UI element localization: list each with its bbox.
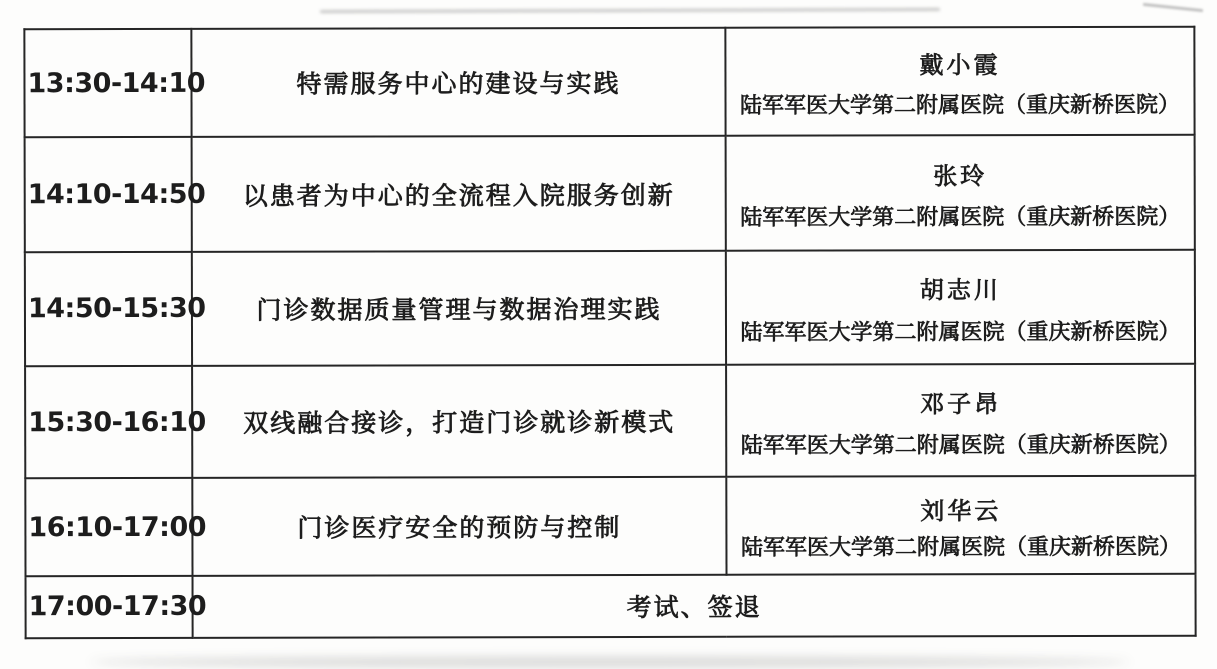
speaker-stack: 胡志川 陆军军医大学第二附属医院（重庆新桥医院） xyxy=(727,260,1194,355)
speaker-cell: 张玲 陆军军医大学第二附属医院（重庆新桥医院） xyxy=(726,135,1195,250)
closing-row: 17:00-17:30 考试、签退 xyxy=(26,574,1196,639)
speaker-affiliation: 陆军军医大学第二附属医院（重庆新桥医院） xyxy=(741,427,1181,459)
time-cell: 14:10-14:50 xyxy=(25,137,192,252)
speaker-stack: 邓子昂 陆军军医大学第二附属医院（重庆新桥医院） xyxy=(727,375,1194,468)
scan-artifact-streak xyxy=(320,8,940,13)
speaker-affiliation: 陆军军医大学第二附属医院（重庆新桥医院） xyxy=(740,314,1180,346)
speaker-cell: 邓子昂 陆军军医大学第二附属医院（重庆新桥医院） xyxy=(726,364,1195,477)
scan-artifact-mark xyxy=(1143,3,1203,12)
session-row: 16:10-17:00 门诊医疗安全的预防与控制 刘华云 陆军军医大学第二附属医… xyxy=(25,476,1195,576)
speaker-name: 邓子昂 xyxy=(920,384,1001,419)
scanned-page: 13:30-14:10 特需服务中心的建设与实践 戴小霞 陆军军医大学第二附属医… xyxy=(0,0,1217,669)
speaker-cell: 胡志川 陆军军医大学第二附属医院（重庆新桥医院） xyxy=(726,249,1195,364)
speaker-name: 戴小霞 xyxy=(919,46,1000,81)
topic-cell: 门诊医疗安全的预防与控制 xyxy=(192,477,726,575)
closing-activity-cell: 考试、签退 xyxy=(193,574,1196,638)
session-row: 15:30-16:10 双线融合接诊，打造门诊就诊新模式 邓子昂 陆军军医大学第… xyxy=(25,364,1195,479)
topic-cell: 以患者为中心的全流程入院服务创新 xyxy=(192,136,726,251)
speaker-affiliation: 陆军军医大学第二附属医院（重庆新桥医院） xyxy=(740,88,1180,120)
speaker-cell: 刘华云 陆军军医大学第二附属医院（重庆新桥医院） xyxy=(726,476,1195,574)
time-cell: 14:50-15:30 xyxy=(25,252,192,367)
speaker-name: 张玲 xyxy=(933,156,987,191)
speaker-name: 胡志川 xyxy=(920,270,1001,305)
time-cell: 15:30-16:10 xyxy=(25,366,192,479)
speaker-stack: 戴小霞 陆军军医大学第二附属医院（重庆新桥医院） xyxy=(726,38,1193,127)
scan-shadow xyxy=(90,657,1130,667)
speaker-affiliation: 陆军军医大学第二附属医院（重庆新桥医院） xyxy=(741,530,1181,562)
topic-cell: 双线融合接诊，打造门诊就诊新模式 xyxy=(192,365,726,478)
schedule-table: 13:30-14:10 特需服务中心的建设与实践 戴小霞 陆军军医大学第二附属医… xyxy=(23,26,1196,639)
time-cell: 13:30-14:10 xyxy=(24,29,191,138)
time-cell: 17:00-17:30 xyxy=(26,576,193,639)
speaker-stack: 刘华云 陆军军医大学第二附属医院（重庆新桥医院） xyxy=(727,487,1194,565)
speaker-affiliation: 陆军军医大学第二附属医院（重庆新桥医院） xyxy=(740,200,1180,232)
speaker-stack: 张玲 陆军军医大学第二附属医院（重庆新桥医院） xyxy=(727,146,1194,241)
speaker-cell: 戴小霞 陆军军医大学第二附属医院（重庆新桥医院） xyxy=(725,27,1194,136)
session-row: 14:50-15:30 门诊数据质量管理与数据治理实践 胡志川 陆军军医大学第二… xyxy=(25,249,1195,366)
time-cell: 16:10-17:00 xyxy=(25,478,192,576)
session-row: 14:10-14:50 以患者为中心的全流程入院服务创新 张玲 陆军军医大学第二… xyxy=(25,135,1195,252)
topic-cell: 特需服务中心的建设与实践 xyxy=(191,28,725,137)
speaker-name: 刘华云 xyxy=(920,491,1001,526)
topic-cell: 门诊数据质量管理与数据治理实践 xyxy=(192,250,726,365)
session-row: 13:30-14:10 特需服务中心的建设与实践 戴小霞 陆军军医大学第二附属医… xyxy=(24,27,1194,138)
